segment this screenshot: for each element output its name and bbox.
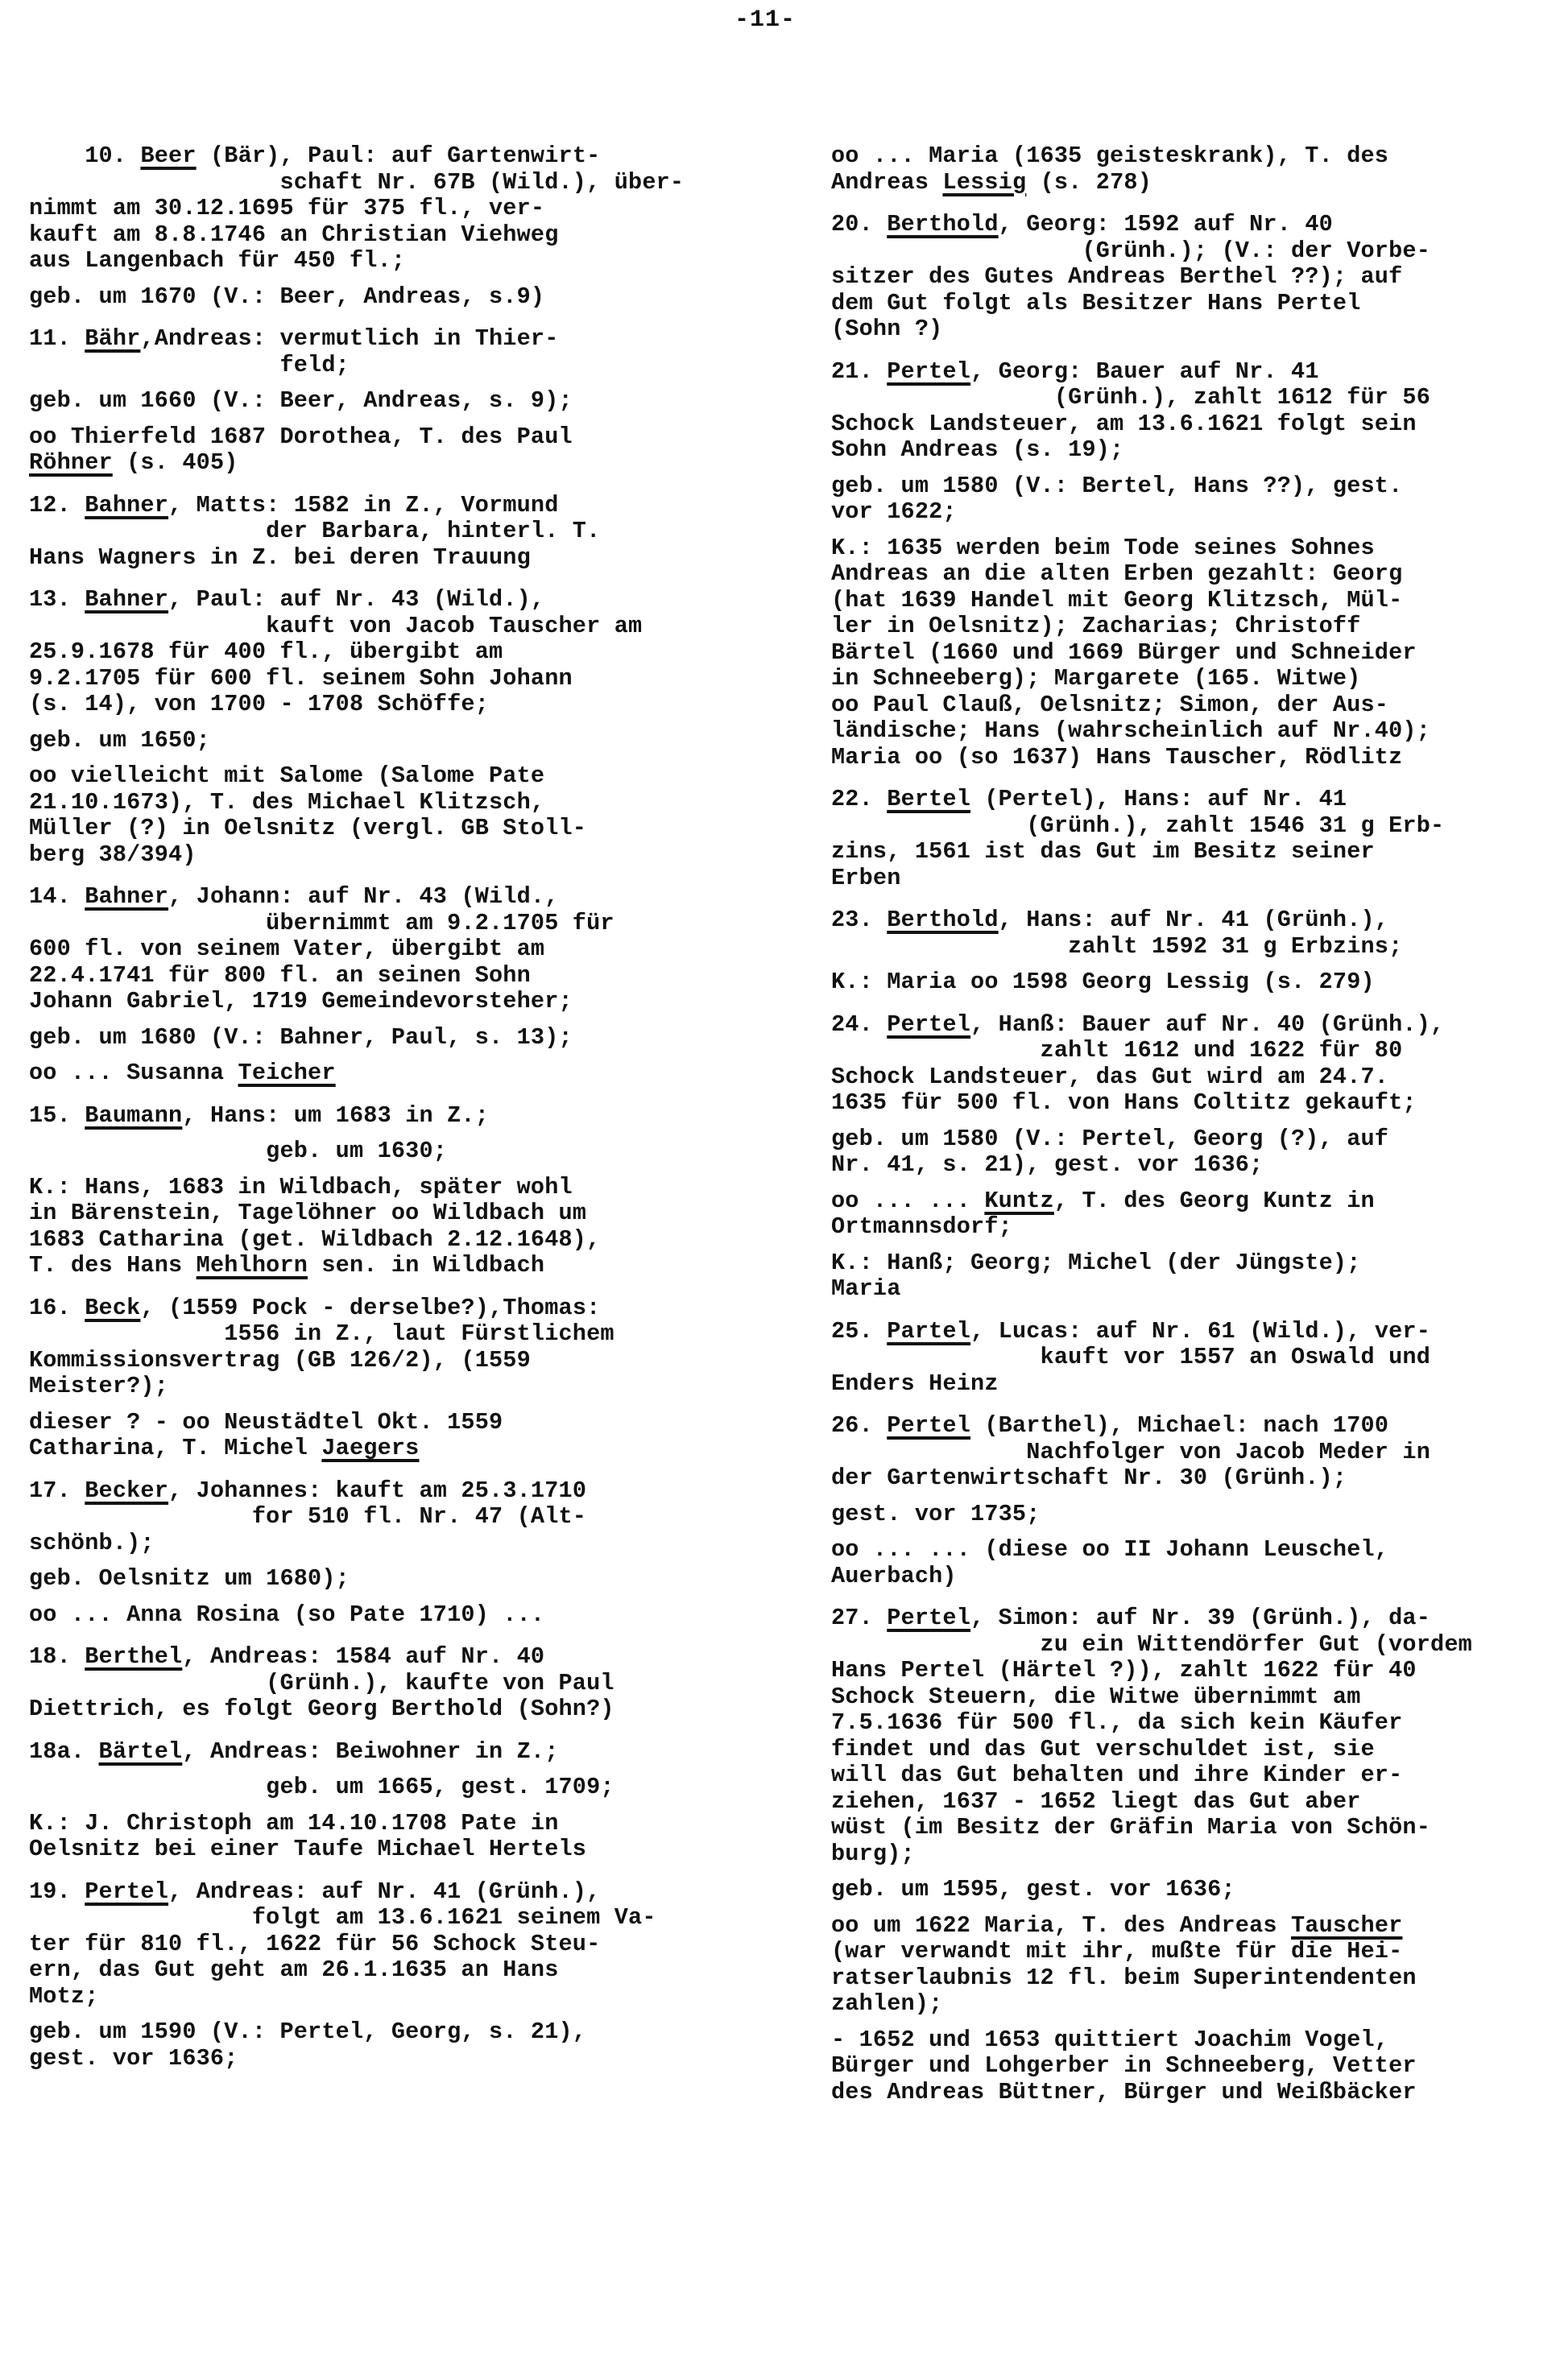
text-segment: Enders Heinz <box>831 1370 999 1397</box>
text-segment: Andreas an die alten Erben gezahlt: Geor… <box>831 560 1402 587</box>
entry-paragraph: 11. Bähr,Andreas: vermutlich in Thier- f… <box>29 326 754 378</box>
text-segment: Müller (?) in Oelsnitz (vergl. GB Stoll- <box>29 815 586 841</box>
text-line: 7.5.1636 für 500 fl., da sich kein Käufe… <box>831 1710 1556 1737</box>
text-segment: zahlt 1592 31 g Erbzins; <box>831 933 1402 960</box>
text-segment: Meister?); <box>29 1373 168 1399</box>
text-line: (hat 1639 Handel mit Georg Klitzsch, Mül… <box>831 588 1556 614</box>
text-line: gest. vor 1735; <box>831 1502 1556 1528</box>
text-segment: gest. vor 1735; <box>831 1501 1041 1527</box>
text-segment: feld; <box>29 352 350 378</box>
entry-paragraph: 24. Pertel, Hanß: Bauer auf Nr. 40 (Grün… <box>831 1012 1556 1117</box>
text-segment: , Andreas: Beiwohner in Z.; <box>182 1738 558 1765</box>
surname-underlined: Berthold <box>887 211 998 238</box>
text-line: 9.2.1705 für 600 fl. seinem Sohn Johann <box>29 666 754 692</box>
text-line: oo um 1622 Maria, T. des Andreas Tausche… <box>831 1913 1556 1940</box>
entry-paragraph: 26. Pertel (Barthel), Michael: nach 1700… <box>831 1413 1556 1492</box>
entry-paragraph: 27. Pertel, Simon: auf Nr. 39 (Grünh.), … <box>831 1605 1556 1867</box>
text-line: dem Gut folgt als Besitzer Hans Pertel <box>831 291 1556 317</box>
entry-23: 23. Berthold, Hans: auf Nr. 41 (Grünh.),… <box>831 907 1556 996</box>
text-line: 14. Bahner, Johann: auf Nr. 43 (Wild., <box>29 884 754 911</box>
text-line: Motz; <box>29 1984 754 2010</box>
surname-underlined: Bahner <box>85 492 168 519</box>
entry-13: 13. Bahner, Paul: auf Nr. 43 (Wild.), ka… <box>29 587 754 868</box>
text-line: will das Gut behalten und ihre Kinder er… <box>831 1762 1556 1789</box>
text-segment: berg 38/394) <box>29 841 197 868</box>
entry-paragraph: 17. Becker, Johannes: kauft am 25.3.1710… <box>29 1478 754 1557</box>
text-segment: 27. <box>831 1605 887 1631</box>
text-segment: sen. in Wildbach <box>308 1252 544 1279</box>
entry-paragraph: geb. um 1665, gest. 1709; <box>29 1775 754 1801</box>
right-column: oo ... Maria (1635 geisteskrank), T. des… <box>831 143 1556 2122</box>
entry-19-cont: oo ... Maria (1635 geisteskrank), T. des… <box>831 143 1556 196</box>
text-line: (Grünh.), zahlt 1612 für 56 <box>831 385 1556 411</box>
text-line: Catharina, T. Michel Jaegers <box>29 1436 754 1462</box>
surname-underlined: Jaegers <box>321 1435 419 1461</box>
entry-paragraph: 14. Bahner, Johann: auf Nr. 43 (Wild., ü… <box>29 884 754 1015</box>
entry-18: 18. Berthel, Andreas: 1584 auf Nr. 40 (G… <box>29 1644 754 1723</box>
text-segment: , Paul: auf Nr. 43 (Wild.), <box>168 586 544 613</box>
text-segment: geb. um 1580 (V.: Bertel, Hans ??), gest… <box>831 473 1402 499</box>
text-line: übernimmt am 9.2.1705 für <box>29 911 754 937</box>
text-line: ern, das Gut geht am 26.1.1635 an Hans <box>29 1957 754 1984</box>
text-segment: Ortmannsdorf; <box>831 1213 1012 1240</box>
surname-underlined: Tauscher <box>1291 1912 1402 1939</box>
text-segment: geb. um 1590 (V.: Pertel, Georg, s. 21), <box>29 2018 586 2045</box>
entry-paragraph: oo ... ... (diese oo II Johann Leuschel,… <box>831 1537 1556 1589</box>
text-line: 21. Pertel, Georg: Bauer auf Nr. 41 <box>831 359 1556 386</box>
text-segment: 22. <box>831 786 887 812</box>
text-segment: Maria <box>831 1275 901 1302</box>
text-segment: will das Gut behalten und ihre Kinder er… <box>831 1762 1402 1788</box>
text-segment: , Georg: 1592 auf Nr. 40 <box>999 211 1333 238</box>
text-line: Kommissionsvertrag (GB 126/2), (1559 <box>29 1348 754 1374</box>
surname-underlined: Becker <box>85 1477 168 1504</box>
text-line: (Grünh.), zahlt 1546 31 g Erb- <box>831 813 1556 840</box>
text-line: (Grünh.); (V.: der Vorbe- <box>831 238 1556 265</box>
text-segment: (Grünh.), zahlt 1612 für 56 <box>831 384 1430 411</box>
text-segment: 23. <box>831 907 887 933</box>
text-segment: kauft am 8.8.1746 an Christian Viehweg <box>29 221 559 248</box>
text-segment: 1635 für 500 fl. von Hans Coltitz gekauf… <box>831 1089 1417 1116</box>
text-line: Sohn Andreas (s. 19); <box>831 437 1556 464</box>
surname-underlined: Beck <box>85 1295 140 1321</box>
text-segment: in Schneeberg); Margarete (165. Witwe) <box>831 665 1361 692</box>
text-line: K.: Hans, 1683 in Wildbach, später wohl <box>29 1175 754 1201</box>
text-line: geb. um 1590 (V.: Pertel, Georg, s. 21), <box>29 2019 754 2046</box>
text-line: feld; <box>29 353 754 379</box>
surname-underlined: Bertel <box>887 786 970 812</box>
text-segment: Hans Pertel (Härtel ?)), zahlt 1622 für … <box>831 1657 1417 1684</box>
entry-17: 17. Becker, Johannes: kauft am 25.3.1710… <box>29 1478 754 1629</box>
text-segment: in Bärenstein, Tagelöhner oo Wildbach um <box>29 1200 586 1226</box>
entry-10: 10. Beer (Bär), Paul: auf Gartenwirt- sc… <box>29 143 754 310</box>
text-segment: - 1652 und 1653 quittiert Joachim Vogel, <box>831 2027 1388 2053</box>
surname-underlined: Baumann <box>85 1102 182 1129</box>
entry-22: 22. Bertel (Pertel), Hans: auf Nr. 41 (G… <box>831 787 1556 891</box>
entry-paragraph: geb. um 1680 (V.: Bahner, Paul, s. 13); <box>29 1025 754 1052</box>
surname-underlined: Bahner <box>85 883 168 910</box>
entry-12: 12. Bahner, Matts: 1582 in Z., Vormund d… <box>29 493 754 572</box>
text-segment: (war verwandt mit ihr, mußte für die Hei… <box>831 1938 1402 1965</box>
text-line: kauft am 8.8.1746 an Christian Viehweg <box>29 222 754 249</box>
text-segment: 25.9.1678 für 400 fl., übergibt am <box>29 638 503 665</box>
text-segment: for 510 fl. Nr. 47 (Alt- <box>29 1503 586 1530</box>
text-line: T. des Hans Mehlhorn sen. in Wildbach <box>29 1253 754 1279</box>
text-segment <box>29 143 85 169</box>
text-segment: , Hans: auf Nr. 41 (Grünh.), <box>999 907 1388 933</box>
text-line: 26. Pertel (Barthel), Michael: nach 1700 <box>831 1413 1556 1440</box>
text-segment: 24. <box>831 1011 887 1038</box>
text-segment: zins, 1561 ist das Gut im Besitz seiner <box>831 838 1375 865</box>
text-segment: ziehen, 1637 - 1652 liegt das Gut aber <box>831 1788 1361 1815</box>
surname-underlined: Pertel <box>887 1412 970 1439</box>
text-line: Maria oo (so 1637) Hans Tauscher, Rödlit… <box>831 745 1556 771</box>
text-segment: geb. um 1660 (V.: Beer, Andreas, s. 9); <box>29 387 573 414</box>
text-segment: 10. <box>85 143 140 169</box>
text-line: ter für 810 fl., 1622 für 56 Schock Steu… <box>29 1932 754 1958</box>
text-line: Andreas Lessig (s. 278) <box>831 170 1556 196</box>
text-segment: zahlen); <box>831 1990 942 2017</box>
text-segment: geb. um 1595, gest. vor 1636; <box>831 1876 1235 1903</box>
text-segment: 22.4.1741 für 800 fl. an seinen Sohn <box>29 962 531 989</box>
text-line: Meister?); <box>29 1374 754 1400</box>
text-line: oo ... Anna Rosina (so Pate 1710) ... <box>29 1602 754 1629</box>
text-line: (war verwandt mit ihr, mußte für die Hei… <box>831 1939 1556 1965</box>
text-line: kauft von Jacob Tauscher am <box>29 614 754 640</box>
text-segment: oo ... Susanna <box>29 1060 238 1086</box>
surname-underlined: Bähr <box>85 325 140 352</box>
text-line: 19. Pertel, Andreas: auf Nr. 41 (Grünh.)… <box>29 1879 754 1906</box>
text-segment: zahlt 1612 und 1622 für 80 <box>831 1037 1402 1064</box>
text-line: Schock Landsteuer, das Gut wird am 24.7. <box>831 1064 1556 1091</box>
text-line: ler in Oelsnitz); Zacharias; Christoff <box>831 614 1556 640</box>
surname-underlined: Pertel <box>887 1605 970 1631</box>
text-line: oo ... ... (diese oo II Johann Leuschel, <box>831 1537 1556 1564</box>
text-line: Schock Steuern, die Witwe übernimmt am <box>831 1684 1556 1711</box>
text-line: kauft vor 1557 an Oswald und <box>831 1345 1556 1371</box>
text-line: nimmt am 30.12.1695 für 375 fl., ver- <box>29 196 754 222</box>
text-segment: findet und das Gut verschuldet ist, sie <box>831 1736 1375 1762</box>
text-line: Maria <box>831 1276 1556 1303</box>
text-segment: 17. <box>29 1477 85 1504</box>
surname-underlined: Lessig <box>942 169 1026 196</box>
text-segment: , Georg: Bauer auf Nr. 41 <box>970 358 1319 385</box>
text-segment: , Johannes: kauft am 25.3.1710 <box>168 1477 586 1504</box>
text-segment: vor 1622; <box>831 498 957 525</box>
text-line: in Schneeberg); Margarete (165. Witwe) <box>831 666 1556 692</box>
entry-paragraph: 19. Pertel, Andreas: auf Nr. 41 (Grünh.)… <box>29 1879 754 2010</box>
entry-paragraph: geb. um 1580 (V.: Pertel, Georg (?), auf… <box>831 1126 1556 1179</box>
entry-paragraph: 20. Berthold, Georg: 1592 auf Nr. 40 (Gr… <box>831 212 1556 343</box>
text-segment: wüst (im Besitz der Gräfin Maria von Sch… <box>831 1814 1430 1841</box>
text-segment: oo vielleicht mit Salome (Salome Pate <box>29 762 544 789</box>
text-segment: übernimmt am 9.2.1705 für <box>29 910 614 936</box>
text-line: K.: J. Christoph am 14.10.1708 Pate in <box>29 1811 754 1837</box>
text-line: gest. vor 1636; <box>29 2046 754 2072</box>
text-segment: , Hans: um 1683 in Z.; <box>182 1102 489 1129</box>
entry-15: 15. Baumann, Hans: um 1683 in Z.; geb. u… <box>29 1103 754 1279</box>
text-segment: 18. <box>29 1643 85 1670</box>
entry-11: 11. Bähr,Andreas: vermutlich in Thier- f… <box>29 326 754 477</box>
text-line: K.: Hanß; Georg; Michel (der Jüngste); <box>831 1250 1556 1277</box>
text-segment: geb. um 1680 (V.: Bahner, Paul, s. 13); <box>29 1024 573 1051</box>
text-segment: des Andreas Büttner, Bürger und Weißbäck… <box>831 2079 1417 2105</box>
text-line: 25. Partel, Lucas: auf Nr. 61 (Wild.), v… <box>831 1319 1556 1345</box>
text-line: 1635 für 500 fl. von Hans Coltitz gekauf… <box>831 1090 1556 1117</box>
entry-paragraph: K.: 1635 werden beim Tode seines SohnesA… <box>831 535 1556 771</box>
entry-25: 25. Partel, Lucas: auf Nr. 61 (Wild.), v… <box>831 1319 1556 1398</box>
entry-paragraph: geb. um 1580 (V.: Bertel, Hans ??), gest… <box>831 473 1556 526</box>
entry-16: 16. Beck, (1559 Pock - derselbe?),Thomas… <box>29 1295 754 1462</box>
text-segment: 13. <box>29 586 85 613</box>
text-segment: ern, das Gut geht am 26.1.1635 an Hans <box>29 1956 559 1983</box>
text-segment: 15. <box>29 1102 85 1129</box>
surname-underlined: Pertel <box>887 1011 970 1038</box>
text-segment: gest. vor 1636; <box>29 2045 238 2072</box>
entry-paragraph: dieser ? - oo Neustädtel Okt. 1559Cathar… <box>29 1410 754 1462</box>
entry-21: 21. Pertel, Georg: Bauer auf Nr. 41 (Grü… <box>831 359 1556 771</box>
text-segment: der Gartenwirtschaft Nr. 30 (Grünh.); <box>831 1465 1347 1491</box>
text-segment: K.: Hans, 1683 in Wildbach, später wohl <box>29 1174 573 1200</box>
text-line: Bürger und Lohgerber in Schneeberg, Vett… <box>831 2053 1556 2080</box>
text-segment: 21. <box>831 358 887 385</box>
text-segment: oo Paul Clauß, Oelsnitz; Simon, der Aus- <box>831 692 1388 718</box>
text-line: 20. Berthold, Georg: 1592 auf Nr. 40 <box>831 212 1556 238</box>
surname-underlined: Kuntz <box>984 1188 1054 1214</box>
text-line: Andreas an die alten Erben gezahlt: Geor… <box>831 561 1556 588</box>
text-line: Schock Landsteuer, am 13.6.1621 folgt se… <box>831 411 1556 438</box>
surname-underlined: Teicher <box>238 1060 336 1086</box>
text-segment: Nachfolger von Jacob Meder in <box>831 1439 1430 1465</box>
text-segment: Schock Landsteuer, das Gut wird am 24.7. <box>831 1064 1388 1090</box>
text-line: geb. um 1595, gest. vor 1636; <box>831 1877 1556 1903</box>
entry-paragraph: 23. Berthold, Hans: auf Nr. 41 (Grünh.),… <box>831 907 1556 960</box>
entry-paragraph: K.: Hans, 1683 in Wildbach, später wohli… <box>29 1175 754 1279</box>
text-segment: 20. <box>831 211 887 238</box>
text-segment: burg); <box>831 1841 915 1867</box>
text-segment: 7.5.1636 für 500 fl., da sich kein Käufe… <box>831 1709 1402 1736</box>
text-segment: ler in Oelsnitz); Zacharias; Christoff <box>831 613 1361 639</box>
entry-paragraph: 18a. Bärtel, Andreas: Beiwohner in Z.; <box>29 1739 754 1766</box>
text-line: der Barbara, hinterl. T. <box>29 519 754 545</box>
text-segment: Nr. 41, s. 21), gest. vor 1636; <box>831 1151 1263 1178</box>
surname-underlined: Pertel <box>887 358 970 385</box>
text-segment: 12. <box>29 492 85 519</box>
text-line: Nachfolger von Jacob Meder in <box>831 1440 1556 1466</box>
text-segment: , Andreas: auf Nr. 41 (Grünh.), <box>168 1878 600 1905</box>
entry-20: 20. Berthold, Georg: 1592 auf Nr. 40 (Gr… <box>831 212 1556 343</box>
entry-paragraph: geb. Oelsnitz um 1680); <box>29 1566 754 1593</box>
text-segment: oo ... Anna Rosina (so Pate 1710) ... <box>29 1601 544 1628</box>
text-line: K.: Maria oo 1598 Georg Lessig (s. 279) <box>831 969 1556 996</box>
text-segment: (Sohn ?) <box>831 316 942 342</box>
entry-paragraph: gest. vor 1735; <box>831 1502 1556 1528</box>
surname-underlined: Röhner <box>29 449 113 476</box>
text-segment: Schock Steuern, die Witwe übernimmt am <box>831 1684 1361 1710</box>
entry-paragraph: oo Thierfeld 1687 Dorothea, T. des PaulR… <box>29 424 754 477</box>
text-line: Hans Wagners in Z. bei deren Trauung <box>29 545 754 572</box>
entry-paragraph: oo ... Susanna Teicher <box>29 1060 754 1087</box>
text-line: schönb.); <box>29 1531 754 1557</box>
text-segment: geb. um 1650; <box>29 727 210 754</box>
text-segment: nimmt am 30.12.1695 für 375 fl., ver- <box>29 195 544 221</box>
text-segment: oo ... ... <box>831 1188 984 1214</box>
entry-24: 24. Pertel, Hanß: Bauer auf Nr. 40 (Grün… <box>831 1012 1556 1303</box>
text-line: burg); <box>831 1841 1556 1868</box>
text-segment: , Johann: auf Nr. 43 (Wild., <box>168 883 558 910</box>
text-segment: Sohn Andreas (s. 19); <box>831 436 1123 463</box>
text-segment: 1683 Catharina (get. Wildbach 2.12.1648)… <box>29 1226 600 1253</box>
entry-paragraph: K.: Maria oo 1598 Georg Lessig (s. 279) <box>831 969 1556 996</box>
entry-paragraph: 21. Pertel, Georg: Bauer auf Nr. 41 (Grü… <box>831 359 1556 464</box>
text-line: der Gartenwirtschaft Nr. 30 (Grünh.); <box>831 1465 1556 1492</box>
text-segment: (Bär), Paul: auf Gartenwirt- <box>197 143 601 169</box>
text-segment: (Barthel), Michael: nach 1700 <box>970 1412 1388 1439</box>
text-line: 15. Baumann, Hans: um 1683 in Z.; <box>29 1103 754 1130</box>
text-segment: geb. um 1665, gest. 1709; <box>29 1774 614 1800</box>
text-segment: ländische; Hans (wahrscheinlich auf Nr.4… <box>831 717 1430 744</box>
text-line: geb. um 1680 (V.: Bahner, Paul, s. 13); <box>29 1025 754 1052</box>
text-segment: Maria oo (so 1637) Hans Tauscher, Rödlit… <box>831 744 1402 771</box>
text-segment: Johann Gabriel, 1719 Gemeindevorsteher; <box>29 988 573 1014</box>
text-line: 24. Pertel, Hanß: Bauer auf Nr. 40 (Grün… <box>831 1012 1556 1039</box>
text-segment: K.: J. Christoph am 14.10.1708 Pate in <box>29 1810 559 1837</box>
text-line: 22. Bertel (Pertel), Hans: auf Nr. 41 <box>831 787 1556 813</box>
text-line: geb. um 1650; <box>29 728 754 754</box>
surname-underlined: Pertel <box>85 1878 168 1905</box>
text-line: zahlt 1592 31 g Erbzins; <box>831 934 1556 961</box>
text-segment: folgt am 13.6.1621 seinem Va- <box>29 1904 656 1931</box>
text-line: 11. Bähr,Andreas: vermutlich in Thier- <box>29 326 754 353</box>
text-segment: schönb.); <box>29 1530 155 1556</box>
text-line: (Sohn ?) <box>831 316 1556 343</box>
text-segment: (Grünh.), kaufte von Paul <box>29 1670 614 1696</box>
text-line: 10. Beer (Bär), Paul: auf Gartenwirt- <box>29 143 754 170</box>
text-segment: Erben <box>831 865 901 891</box>
text-line: zahlt 1612 und 1622 für 80 <box>831 1038 1556 1064</box>
text-segment: ter für 810 fl., 1622 für 56 Schock Steu… <box>29 1931 600 1957</box>
text-segment: (Pertel), Hans: auf Nr. 41 <box>970 786 1347 812</box>
text-line: 18a. Bärtel, Andreas: Beiwohner in Z.; <box>29 1739 754 1766</box>
text-line: findet und das Gut verschuldet ist, sie <box>831 1737 1556 1763</box>
text-line: des Andreas Büttner, Bürger und Weißbäck… <box>831 2080 1556 2106</box>
text-line: 12. Bahner, Matts: 1582 in Z., Vormund <box>29 493 754 519</box>
entry-18a: 18a. Bärtel, Andreas: Beiwohner in Z.; g… <box>29 1739 754 1863</box>
text-segment: Auerbach) <box>831 1563 957 1589</box>
text-segment: ,Andreas: vermutlich in Thier- <box>140 325 558 352</box>
text-line: dieser ? - oo Neustädtel Okt. 1559 <box>29 1410 754 1436</box>
surname-underlined: Berthel <box>85 1643 182 1670</box>
entry-paragraph: geb. um 1670 (V.: Beer, Andreas, s.9) <box>29 284 754 311</box>
text-line: - 1652 und 1653 quittiert Joachim Vogel, <box>831 2027 1556 2054</box>
text-line: 1683 Catharina (get. Wildbach 2.12.1648)… <box>29 1227 754 1254</box>
text-segment: schaft Nr. 67B (Wild.), über- <box>29 169 684 196</box>
text-line: geb. um 1670 (V.: Beer, Andreas, s.9) <box>29 284 754 311</box>
entry-14: 14. Bahner, Johann: auf Nr. 43 (Wild., ü… <box>29 884 754 1087</box>
text-line: berg 38/394) <box>29 842 754 869</box>
text-segment: , (1559 Pock - derselbe?),Thomas: <box>140 1295 600 1321</box>
text-segment: , Lucas: auf Nr. 61 (Wild.), ver- <box>970 1318 1430 1345</box>
text-line: Ortmannsdorf; <box>831 1214 1556 1241</box>
text-segment: Andreas <box>831 169 942 196</box>
text-line: aus Langenbach für 450 fl.; <box>29 248 754 275</box>
text-line: (Grünh.), kaufte von Paul <box>29 1671 754 1697</box>
text-line: 25.9.1678 für 400 fl., übergibt am <box>29 639 754 666</box>
text-segment: dem Gut folgt als Besitzer Hans Pertel <box>831 290 1361 316</box>
text-line: 18. Berthel, Andreas: 1584 auf Nr. 40 <box>29 1644 754 1671</box>
text-segment: kauft vor 1557 an Oswald und <box>831 1344 1430 1370</box>
text-line: 600 fl. von seinem Vater, übergibt am <box>29 936 754 963</box>
entry-paragraph: 25. Partel, Lucas: auf Nr. 61 (Wild.), v… <box>831 1319 1556 1398</box>
text-segment: oo Thierfeld 1687 Dorothea, T. des Paul <box>29 424 573 450</box>
text-segment: 14. <box>29 883 85 910</box>
text-line: in Bärenstein, Tagelöhner oo Wildbach um <box>29 1200 754 1227</box>
text-line: wüst (im Besitz der Gräfin Maria von Sch… <box>831 1815 1556 1841</box>
text-line: ländische; Hans (wahrscheinlich auf Nr.4… <box>831 718 1556 745</box>
text-segment: (s. 278) <box>1026 169 1152 196</box>
entry-paragraph: oo vielleicht mit Salome (Salome Pate21.… <box>29 763 754 868</box>
text-line: 21.10.1673), T. des Michael Klitzsch, <box>29 790 754 816</box>
text-line: 13. Bahner, Paul: auf Nr. 43 (Wild.), <box>29 587 754 614</box>
text-line: geb. um 1665, gest. 1709; <box>29 1775 754 1801</box>
entry-paragraph: K.: J. Christoph am 14.10.1708 Pate inOe… <box>29 1811 754 1863</box>
text-segment: oo ... ... (diese oo II Johann Leuschel, <box>831 1536 1388 1563</box>
text-segment: geb. um 1630; <box>29 1138 447 1164</box>
text-segment: 18a. <box>29 1738 99 1765</box>
text-segment: (Grünh.), zahlt 1546 31 g Erb- <box>831 812 1444 839</box>
text-segment: kauft von Jacob Tauscher am <box>29 613 642 639</box>
text-segment: 21.10.1673), T. des Michael Klitzsch, <box>29 789 544 816</box>
text-line: Müller (?) in Oelsnitz (vergl. GB Stoll- <box>29 816 754 842</box>
entry-paragraph: geb. um 1590 (V.: Pertel, Georg, s. 21),… <box>29 2019 754 2072</box>
text-segment: , Matts: 1582 in Z., Vormund <box>168 492 558 519</box>
text-segment: (s. 405) <box>113 449 238 476</box>
text-line: (s. 14), von 1700 - 1708 Schöffe; <box>29 692 754 718</box>
text-line: 23. Berthold, Hans: auf Nr. 41 (Grünh.), <box>831 907 1556 934</box>
entry-paragraph: geb. um 1630; <box>29 1138 754 1165</box>
text-segment: Kommissionsvertrag (GB 126/2), (1559 <box>29 1347 531 1374</box>
text-line: oo Paul Clauß, Oelsnitz; Simon, der Aus- <box>831 692 1556 719</box>
entry-paragraph: oo ... Anna Rosina (so Pate 1710) ... <box>29 1602 754 1629</box>
text-segment: 16. <box>29 1295 85 1321</box>
text-line: 1556 in Z., laut Fürstlichem <box>29 1321 754 1348</box>
text-line: 16. Beck, (1559 Pock - derselbe?),Thomas… <box>29 1295 754 1322</box>
entry-paragraph: oo um 1622 Maria, T. des Andreas Tausche… <box>831 1913 1556 2018</box>
text-segment: Hans Wagners in Z. bei deren Trauung <box>29 544 531 571</box>
text-line: Diettrich, es folgt Georg Berthold (Sohn… <box>29 1696 754 1723</box>
text-segment: T. des Hans <box>29 1252 197 1279</box>
text-segment: dieser ? - oo Neustädtel Okt. 1559 <box>29 1409 503 1436</box>
text-line: for 510 fl. Nr. 47 (Alt- <box>29 1504 754 1531</box>
entry-paragraph: 16. Beck, (1559 Pock - derselbe?),Thomas… <box>29 1295 754 1400</box>
entry-paragraph: 12. Bahner, Matts: 1582 in Z., Vormund d… <box>29 493 754 572</box>
text-line: oo ... ... Kuntz, T. des Georg Kuntz in <box>831 1188 1556 1215</box>
text-segment: 11. <box>29 325 85 352</box>
text-line: vor 1622; <box>831 499 1556 526</box>
text-line: Hans Pertel (Härtel ?)), zahlt 1622 für … <box>831 1658 1556 1684</box>
text-segment: (hat 1639 Handel mit Georg Klitzsch, Mül… <box>831 587 1402 614</box>
surname-underlined: Beer <box>140 143 196 169</box>
text-line: oo ... Susanna Teicher <box>29 1060 754 1087</box>
text-line: zu ein Wittendörfer Gut (vordem <box>831 1632 1556 1659</box>
text-line: Johann Gabriel, 1719 Gemeindevorsteher; <box>29 989 754 1015</box>
text-line: Oelsnitz bei einer Taufe Michael Hertels <box>29 1837 754 1863</box>
text-segment: Oelsnitz bei einer Taufe Michael Hertels <box>29 1836 586 1862</box>
text-line: Erben <box>831 866 1556 892</box>
text-segment: sitzer des Gutes Andreas Berthel ??); au… <box>831 263 1402 290</box>
surname-underlined: Berthold <box>887 907 998 933</box>
entry-paragraph: oo ... Maria (1635 geisteskrank), T. des… <box>831 143 1556 196</box>
